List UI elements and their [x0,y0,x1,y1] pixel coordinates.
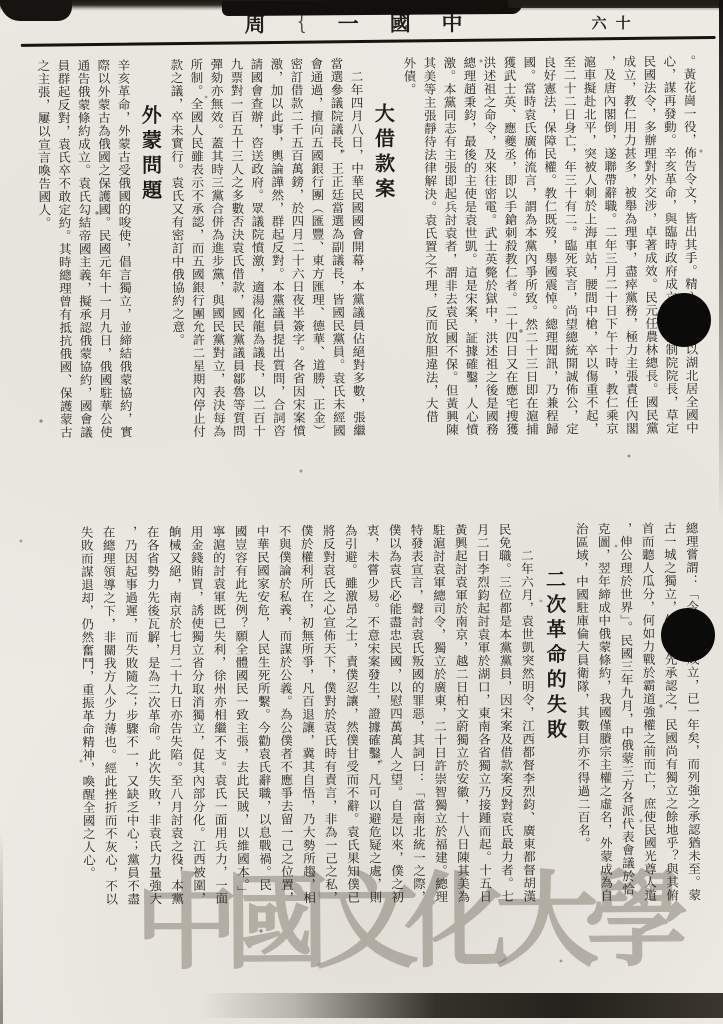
section-heading: 外蒙問題 [133,58,169,510]
scan-artifact-left-edge [0,830,3,1024]
text-column: 特發表宣言，聲討袁氏叛國的罪惡，其詞曰：「當南北統一之際， [405,524,430,1010]
text-column: 當選參議院議長，王正廷當選為副議長，皆國民黨員。袁氏未經國 [326,57,349,509]
text-column: 不與僕論於私義，而謀於公義。為公僕者不應爭去留一己之位置， [273,524,298,1010]
text-band-lower: 總理嘗謂：「今日民國成立，已一年矣，而列強之承認猶未至。蒙古一城之獨立，俄乃首先… [22,522,705,1013]
text-column: 在總理領導之下，非關我方人少力薄也。經此挫折而不灰心，不以 [97,526,122,1012]
text-column: 二年四月八日，中華民國國會開幕，本黨議員佔絕對多數，張繼 [346,57,369,509]
text-column: 所制。全國人民雖表示不承認，而五國銀行團允許二星期內停止付 [186,58,209,510]
scanned-document-page: 周{一國中 六十 中國文化大學 。黃花崗一役，佈告令文，皆出其手。精心擘劃，以湖… [0,0,723,1024]
text-column: 際以外蒙古為俄國之保護國。民國元年十一月九日，俄國駐華公使 [93,59,116,511]
text-column: 首而聽人瓜分，何如力戰於霸道強權之前而亡，庶使民國光尊人道 [636,522,661,1008]
text-column: 辛亥革命，外蒙古受俄國的唆使，倡言獨立，並締結俄蒙協約，實 [113,59,136,511]
text-column: 九票對一百五十三人之多數否決袁氏借款，國民黨議員鄒魯等質問 [226,58,249,510]
text-column: 心，謀再發動。辛亥革命，與臨時政府成立，任法制院院長，草定 [659,55,682,507]
text-column: 僕於權利所在，初無所爭，凡百退讓，冀其自悟，乃大勢所趨，相 [295,524,320,1010]
text-column: 之主張，屢以宣言喚告國人。 [33,59,56,511]
text-column: 會通過，擅向五國銀行團（匯豐、東方匯理、德華、道勝、正金） [306,57,329,509]
text-column: 治區域，中國駐庫倫大員衛隊，其數目亦不得過二百名。 [570,522,595,1008]
text-column: 中華民國家安危，人民生死所繫。今勸袁氏辭職，以息戰禍。民 [251,525,276,1011]
text-column: 良好憲法，保障民權。教仁既歿，舉國震悼。總理聞訊，乃兼程歸 [539,56,562,508]
text-column: 國豈容有此先例？願全體國民一致主張，去此民賊，以維國本。」 [229,525,254,1011]
binding-hole-dot-2 [661,608,715,662]
text-column: 總理趙秉鈞，最後的主使是袁世凱。這是宋案，証據確鑿，人心憤 [459,56,482,508]
text-column: 其美等主張靜待法律解決。袁氏置之不理，反而放胆違法，大借 [419,56,442,508]
text-band-upper: 。黃花崗一役，佈告令文，皆出其手。精心擘劃，以湖北居全國中心，謀再發動。辛亥革命… [19,55,702,512]
text-column: 民免職。三位都是本黨黨員，因宋案及借款案反對袁氏最力者。七 [493,523,518,1009]
text-column: 。黃花崗一役，佈告令文，皆出其手。精心擘劃，以湖北居全國中 [679,55,702,507]
text-column: 月二日李烈鈞起討袁軍於湖口，東南各省獨立乃接踵而起。十五日 [471,523,496,1009]
text-column: 激，加以此事，輿論譁然，群起反對。本黨議員提出質問，合詞咨 [266,58,289,510]
binding-hole-dot-1 [657,293,711,347]
text-column: 請國會查辦，咨送政府。眾議院憤激，適湯化龍為議長，以二百十 [246,58,269,510]
scan-artifact-top-right [508,0,723,8]
text-column: 為引避。雖激昂之士，責僕忍讓，然僕甘受而不辭。袁氏果知僕已 [339,524,364,1010]
text-column: 激。本黨同志有主張即起兵討袁者，謂非去袁民國不保。但黃興陳 [439,56,462,508]
text-column: 彈劾亦無效。蓋其時三黨合併為進步黨，與國民黨對立，表決每為 [206,58,229,510]
text-column: 用金錢賄買，誘使獨立省分取消獨立，促其內部分化。江西被圍， [185,525,210,1011]
text-column: 將反對袁氏之心宣佈天下，僕對於袁氏時有責言，非為一己之私， [317,524,342,1010]
text-column: 總理嘗謂：「今日民國成立，已一年矣，而列強之承認猶未至。蒙 [680,522,705,1008]
text-column: 員群起反對，袁氏卒不敢定約。其時總理曾有抵抗俄國、保護蒙古 [53,59,76,511]
text-column: 黃興起討袁軍於南京，越二日柏文蔚獨立於安徽，十八日陳其美為 [449,523,474,1009]
text-column: 古一城之獨立，俄乃首先承認之，民國尚有獨立之餘地乎？與其俯 [658,522,683,1008]
text-column: 失敗而謀退却，仍然奮鬥，重振革命精神，喚醒全國之人心。 [75,526,100,1012]
text-column: 寧滬的討袁軍既已失利，徐州亦相繼不支。袁氏一面用兵力，一面 [207,525,232,1011]
scan-artifact-top-center [222,0,522,16]
text-column: 獲武士英、應夔丞，即以手鎗刺殺教仁者。二十四日又在應宅搜獲 [499,56,522,508]
text-column: ，伸公理於世界」。民國三年九月，中俄蒙三方各派代表會議於恰 [614,522,639,1008]
text-column: 至二十二日身亡，年三十有二。臨死哀言，尚望總統開誠佈公，定 [559,55,582,507]
text-column: 密訂借款二千五百萬鎊，於四月二十六日夜半簽字。各省因宋案憤 [286,57,309,509]
text-column: 餉械又絕，南京於七月二十九日亦告失陷。至八月討袁之役，本黨 [163,525,188,1011]
text-column: 衷，未嘗少易。不意宋案發生，證據確鑿，凡可以避危疑之處，則 [361,524,386,1010]
text-column: 國。當時袁氏廣佈流言，謂為本黨內爭所致。然二十三日即在滬捕 [519,56,542,508]
text-column: ，及唐內閣倒，遂聯帶辭職。二年三月二十日下午十時，教仁乘京 [599,55,622,507]
text-column: ，乃因起事過遲，而失敗隨之；步驟不一，又缺乏中心；黨員不盡 [119,526,144,1012]
scan-artifact-right-edge [719,0,723,520]
text-column: 洪述祖之命令，及來往密電。武士英斃於獄中，洪述祖之後是國務 [479,56,502,508]
text-column: 通告俄蒙條約成立。袁氏勾結帝國主義，擬承認俄蒙協約，國會議 [73,59,96,511]
text-column: 滬車擬赴北平，突被人刺於上海車站，腰間中槍，卒以傷重不起， [579,55,602,507]
scan-artifact-top-left [0,0,72,21]
page-number: 六十 [592,12,640,33]
text-column: 款之議，卒未實行。袁氏又有密訂中俄協約之意。 [166,58,189,510]
page-content: 周{一國中 六十 中國文化大學 。黃花崗一役，佈告令文，皆出其手。精心擘劃，以湖… [0,0,723,1024]
scan-artifact-bottom-strip [200,993,723,1018]
section-heading: 二次革命的失敗 [537,523,573,1009]
text-column: 駐滬討袁軍總司令，獨立於廣東，二十日許崇智獨立於福建。總理 [427,523,452,1009]
text-column: 僕以為袁氏必能盡忠民國，以慰四萬萬人之望。自是以來，僕之初 [383,524,408,1010]
text-column: 二年六月，袁世凱突然明令，江西都督李烈鈞、廣東都督胡漢 [515,523,540,1009]
text-column: 克圖，翌年締成中俄蒙條約，我國僅賸宗主權之虛名，外蒙成為自 [592,522,617,1008]
section-heading: 大借款案 [366,57,402,509]
text-column: 成立，教仁用力甚多，被舉為理事，盡瘁黨務，極力主張責任內閣 [619,55,642,507]
text-column: 在各省勢力先後瓦解，是為二次革命。此次失敗，非袁氏力量強大 [141,525,166,1011]
text-column: 民國法令，多辦理對外交涉，卓著成效。民元任農林總長。國民黨 [639,55,662,507]
